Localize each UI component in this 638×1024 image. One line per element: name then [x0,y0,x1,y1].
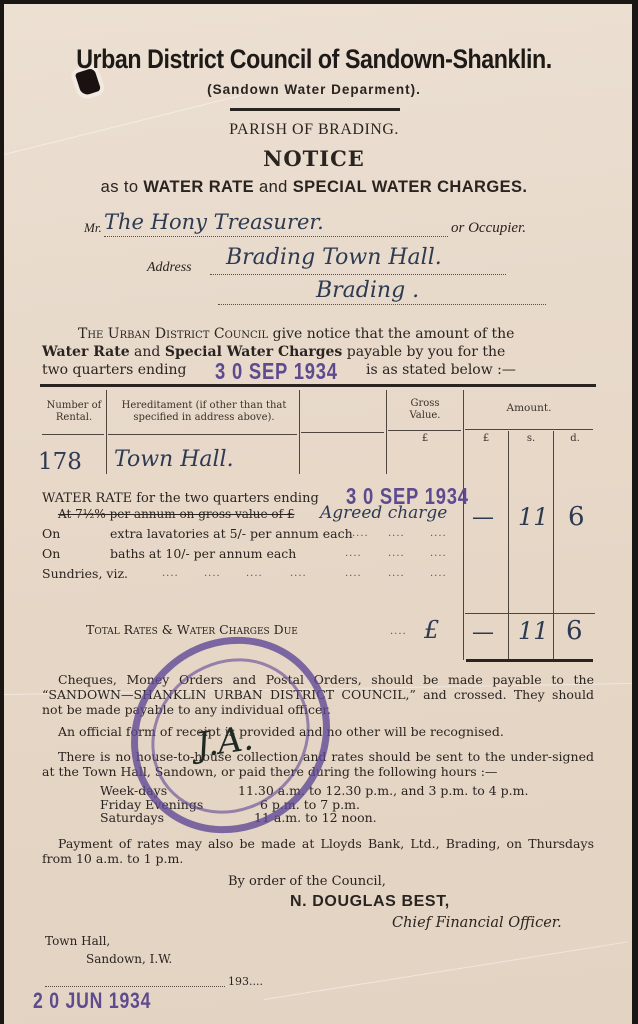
quarter-end-date-stamp: 3 0 SEP 1934 [215,358,338,385]
year-suffix: 193.... [228,975,263,988]
col-divider [553,431,554,661]
footer-address-line1: Town Hall, [45,934,110,948]
notice-subject: as to WATER RATE and SPECIAL WATER CHARG… [0,178,628,197]
address-dotted-line-1 [210,274,506,275]
header-divider [230,108,400,111]
subject-and: and [259,178,288,196]
address-label: Address [147,260,192,276]
header-underline [301,432,384,433]
intro-text-1: give notice that the amount of the [268,326,514,342]
subject-prefix: as to [101,178,139,196]
bank-paragraph: Payment of rates may also be made at Llo… [42,836,594,866]
address-line1-handwritten: Brading Town Hall. [226,245,442,270]
dots: .... [390,626,407,637]
dots: .... [352,528,369,539]
dots: .... [204,568,221,579]
header-underline [108,434,297,435]
notice-heading: NOTICE [0,146,628,171]
subject-special-charges: SPECIAL WATER CHARGES. [293,178,528,196]
address-dotted-line-2 [218,304,546,305]
intro-line-3-end: is as stated below :— [366,362,516,378]
header-amount: Amount. [465,402,593,414]
col-divider [463,390,464,660]
col-divider [106,390,107,474]
or-occupier: or Occupier. [451,220,526,237]
intro-line-1: The Urban District Council give notice t… [78,326,514,342]
subheader-amount-pound: £ [465,433,507,445]
total-double-rule [466,659,593,662]
by-order-text: By order of the Council, [228,874,386,889]
dots: .... [290,568,307,579]
header-underline [388,430,461,431]
subject-water-rate: WATER RATE [143,178,254,196]
dots: .... [388,528,405,539]
charge-pounds: — [472,505,494,530]
dots: .... [162,568,179,579]
subheader-pence: d. [555,433,595,445]
dots: .... [430,548,447,559]
stamp-initials-handwritten: J.A. [193,718,255,766]
header-rental: Number of Rental. [42,400,106,424]
col-divider [386,390,387,474]
intro-bold-water-rate: Water Rate [42,344,130,360]
date-dotted-line [45,986,225,987]
intro-and: and [130,344,165,360]
header-underline [42,434,104,435]
department-subtitle: (Sandown Water Deparment). [0,82,628,97]
water-rate-label: WATER RATE for the two quarters ending [42,491,319,506]
parish-heading: PARISH OF BRADING. [0,121,628,139]
council-title: Urban District Council of Sandown-Shankl… [44,44,584,75]
dots: .... [246,568,263,579]
agreed-charge-handwritten: Agreed charge [320,503,447,523]
dots: .... [430,568,447,579]
col-divider [508,431,509,661]
charge-shillings: 11 [518,503,549,531]
dots: .... [430,528,447,539]
footer-address-line2: Sandown, I.W. [86,952,172,966]
rental-number-handwritten: 178 [38,449,82,475]
col-divider [299,390,300,474]
total-shillings: 11 [518,617,549,645]
lavatories-text: extra lavatories at 5/- per annum each [110,526,353,541]
header-gross-value: Gross Value. [388,398,462,422]
header-hereditament: Hereditament (if other than that specifi… [110,400,298,424]
dots: .... [345,568,362,579]
baths-text: baths at 10/- per annum each [110,546,296,561]
hours-day-saturday: Saturdays [100,810,164,825]
subheader-gross-pound: £ [388,433,462,445]
signatory-title: Chief Financial Officer. [392,915,562,931]
total-currency: £ [424,616,439,644]
lavatories-on: On [42,526,60,541]
mr-prefix: Mr. [84,220,102,236]
paper-crease [264,941,628,1000]
intro-line-3: two quarters ending [42,362,186,378]
total-pence: 6 [566,616,583,646]
issue-date-stamp: 2 0 JUN 1934 [33,988,151,1014]
header-underline [465,429,593,430]
total-label: Total Rates & Water Charges Due [86,622,298,637]
total-pounds: — [472,620,494,645]
baths-on: On [42,546,60,561]
addressee-name-handwritten: The Hony Treasurer. [104,210,324,234]
dots: .... [388,568,405,579]
table-top-rule [40,384,596,387]
intro-lead: The Urban District Council [78,326,268,342]
address-line2-handwritten: Brading . [316,278,419,303]
signatory-name: N. DOUGLAS BEST, [290,893,450,911]
dots: .... [345,548,362,559]
sundries-label: Sundries, viz. [42,566,128,581]
dots: .... [388,548,405,559]
hereditament-handwritten: Town Hall. [114,447,234,472]
subheader-shillings: s. [510,433,552,445]
charge-pence: 6 [568,502,585,532]
total-top-rule [465,613,595,614]
struck-rate-line: At 7½% per annum on gross value of £ [58,507,295,521]
name-dotted-line [104,236,448,237]
